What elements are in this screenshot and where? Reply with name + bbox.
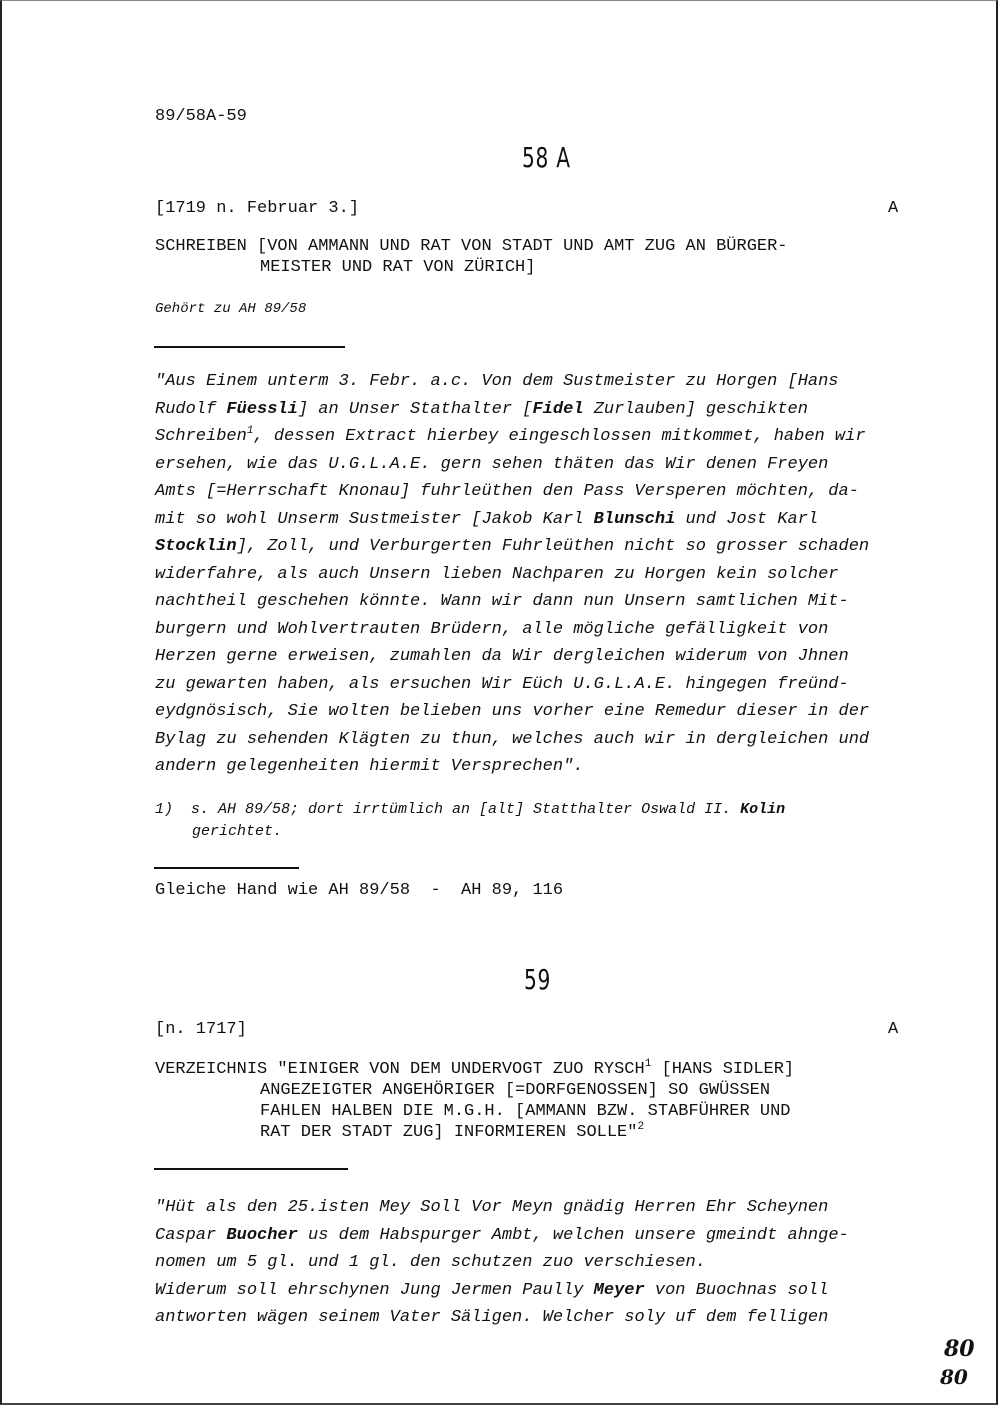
text-run: zu gewarten haben, als ersuchen Wir Eüch… bbox=[155, 675, 849, 694]
text-run: Schreiben bbox=[155, 427, 247, 446]
text-line: "Aus Einem unterm 3. Febr. a.c. Von dem … bbox=[155, 368, 925, 396]
text-line: Stocklin], Zoll, und Verburgerten Fuhrle… bbox=[155, 533, 925, 561]
text-run: , dessen Extract hierbey eingeschlossen … bbox=[253, 427, 865, 446]
text-run: Caspar bbox=[155, 1226, 226, 1245]
entry-title-line: ANGEZEIGTER ANGEHÖRIGER [=DORFGENOSSEN] … bbox=[260, 1080, 770, 1101]
text-run: eydgnösisch, Sie wolten belieben uns vor… bbox=[155, 702, 869, 721]
entry-title-line: FAHLEN HALBEN DIE M.G.H. [AMMANN BZW. ST… bbox=[260, 1101, 791, 1122]
entry-title-line: RAT DER STADT ZUG] INFORMIEREN SOLLE"2 bbox=[260, 1122, 644, 1143]
entry-title-line: VERZEICHNIS "EINIGER VON DEM UNDERVOGT Z… bbox=[155, 1059, 794, 1080]
text-run: und Jost Karl bbox=[675, 510, 818, 529]
transcription-body: "Hüt als den 25.isten Mey Soll Vor Meyn … bbox=[155, 1194, 925, 1332]
text-line: Widerum soll ehrschynen Jung Jermen Paul… bbox=[155, 1277, 925, 1305]
text-line: antworten wägen seinem Vater Säligen. We… bbox=[155, 1304, 925, 1332]
title-text: [HANS SIDLER] bbox=[651, 1060, 794, 1079]
text-line: nomen um 5 gl. und 1 gl. den schutzen zu… bbox=[155, 1249, 925, 1277]
footnote-continuation: gerichtet. bbox=[192, 823, 282, 840]
text-line: zu gewarten haben, als ersuchen Wir Eüch… bbox=[155, 671, 925, 699]
entry-grade: A bbox=[888, 1020, 898, 1039]
same-hand-note: Gleiche Hand wie AH 89/58 - AH 89, 116 bbox=[155, 881, 563, 900]
text-line: mit so wohl Unserm Sustmeister [Jakob Ka… bbox=[155, 506, 925, 534]
text-run: "Hüt als den 25.isten Mey Soll Vor Meyn … bbox=[155, 1198, 828, 1217]
transcription-body: "Aus Einem unterm 3. Febr. a.c. Von dem … bbox=[155, 368, 925, 781]
text-line: burgern und Wohlvertrauten Brüdern, alle… bbox=[155, 616, 925, 644]
text-run: widerfahre, als auch Unsern lieben Nachp… bbox=[155, 565, 839, 584]
text-run: Bylag zu sehenden Klägten zu thun, welch… bbox=[155, 730, 869, 749]
footnote-text: 1) s. AH 89/58; dort irrtümlich an [alt]… bbox=[155, 801, 740, 818]
footnote-bold-name: Kolin bbox=[740, 801, 785, 818]
entry-date: [1719 n. Februar 3.] bbox=[155, 199, 359, 218]
entry-date: [n. 1717] bbox=[155, 1020, 247, 1039]
divider-rule bbox=[154, 1168, 348, 1170]
text-run: "Aus Einem unterm 3. Febr. a.c. Von dem … bbox=[155, 372, 839, 391]
text-run: nachtheil geschehen könnte. Wann wir dan… bbox=[155, 592, 849, 611]
document-reference: 89/58A-59 bbox=[155, 107, 247, 126]
text-line: "Hüt als den 25.isten Mey Soll Vor Meyn … bbox=[155, 1194, 925, 1222]
entry-grade: A bbox=[888, 199, 898, 218]
bold-name: Blunschi bbox=[594, 510, 676, 529]
text-run: ], Zoll, und Verburgerten Fuhrleüthen ni… bbox=[237, 537, 870, 556]
text-run: nomen um 5 gl. und 1 gl. den schutzen zu… bbox=[155, 1253, 706, 1272]
text-run: us dem Habspurger Ambt, welchen unsere g… bbox=[298, 1226, 849, 1245]
text-line: andern gelegenheiten hiermit Versprechen… bbox=[155, 753, 925, 781]
text-line: widerfahre, als auch Unsern lieben Nachp… bbox=[155, 561, 925, 589]
title-text: VERZEICHNIS "EINIGER VON DEM UNDERVOGT Z… bbox=[155, 1060, 645, 1079]
document-page: 89/58A-59 58 A [1719 n. Februar 3.] A SC… bbox=[0, 0, 998, 1405]
text-run: Herzen gerne erweisen, zumahlen da Wir d… bbox=[155, 647, 849, 666]
footnote-marker: 2 bbox=[637, 1121, 644, 1133]
title-text: RAT DER STADT ZUG] INFORMIEREN SOLLE" bbox=[260, 1123, 637, 1142]
text-run: mit so wohl Unserm Sustmeister [Jakob Ka… bbox=[155, 510, 594, 529]
text-run: von Buochnas soll bbox=[645, 1281, 829, 1300]
entry-title-line: MEISTER UND RAT VON ZÜRICH] bbox=[260, 258, 535, 277]
text-line: eydgnösisch, Sie wolten belieben uns vor… bbox=[155, 698, 925, 726]
text-run: burgern und Wohlvertrauten Brüdern, alle… bbox=[155, 620, 828, 639]
text-run: Widerum soll ehrschynen Jung Jermen Paul… bbox=[155, 1281, 594, 1300]
bold-name: Meyer bbox=[594, 1281, 645, 1300]
text-line: ersehen, wie das U.G.L.A.E. gern sehen t… bbox=[155, 451, 925, 479]
footnote: 1) s. AH 89/58; dort irrtümlich an [alt]… bbox=[155, 801, 785, 818]
text-run: Amts [=Herrschaft Knonau] fuhrleüthen de… bbox=[155, 482, 859, 501]
handwritten-page-number: 80 bbox=[944, 1336, 975, 1362]
entry-number-59: 59 bbox=[524, 963, 551, 996]
text-line: Rudolf Füessli] an Unser Stathalter [Fid… bbox=[155, 396, 925, 424]
belongs-to-note: Gehört zu AH 89/58 bbox=[155, 301, 306, 317]
text-run: antworten wägen seinem Vater Säligen. We… bbox=[155, 1308, 828, 1327]
bold-name: Fidel bbox=[532, 400, 583, 419]
text-run: ersehen, wie das U.G.L.A.E. gern sehen t… bbox=[155, 455, 828, 474]
text-line: Schreiben1, dessen Extract hierbey einge… bbox=[155, 423, 925, 451]
text-line: Bylag zu sehenden Klägten zu thun, welch… bbox=[155, 726, 925, 754]
text-line: Caspar Buocher us dem Habspurger Ambt, w… bbox=[155, 1222, 925, 1250]
text-run: andern gelegenheiten hiermit Versprechen… bbox=[155, 757, 583, 776]
divider-rule bbox=[154, 867, 299, 869]
handwritten-page-number: 80 bbox=[940, 1365, 968, 1389]
text-line: Amts [=Herrschaft Knonau] fuhrleüthen de… bbox=[155, 478, 925, 506]
entry-title-line: SCHREIBEN [VON AMMANN UND RAT VON STADT … bbox=[155, 237, 788, 256]
divider-rule bbox=[154, 346, 345, 348]
text-line: nachtheil geschehen könnte. Wann wir dan… bbox=[155, 588, 925, 616]
text-run: Rudolf bbox=[155, 400, 226, 419]
bold-name: Buocher bbox=[226, 1226, 297, 1245]
entry-number-58a: 58 A bbox=[522, 141, 571, 174]
text-line: Herzen gerne erweisen, zumahlen da Wir d… bbox=[155, 643, 925, 671]
text-run: ] an Unser Stathalter [ bbox=[298, 400, 533, 419]
bold-name: Stocklin bbox=[155, 537, 237, 556]
text-run: Zurlauben] geschikten bbox=[584, 400, 808, 419]
bold-name: Füessli bbox=[226, 400, 297, 419]
